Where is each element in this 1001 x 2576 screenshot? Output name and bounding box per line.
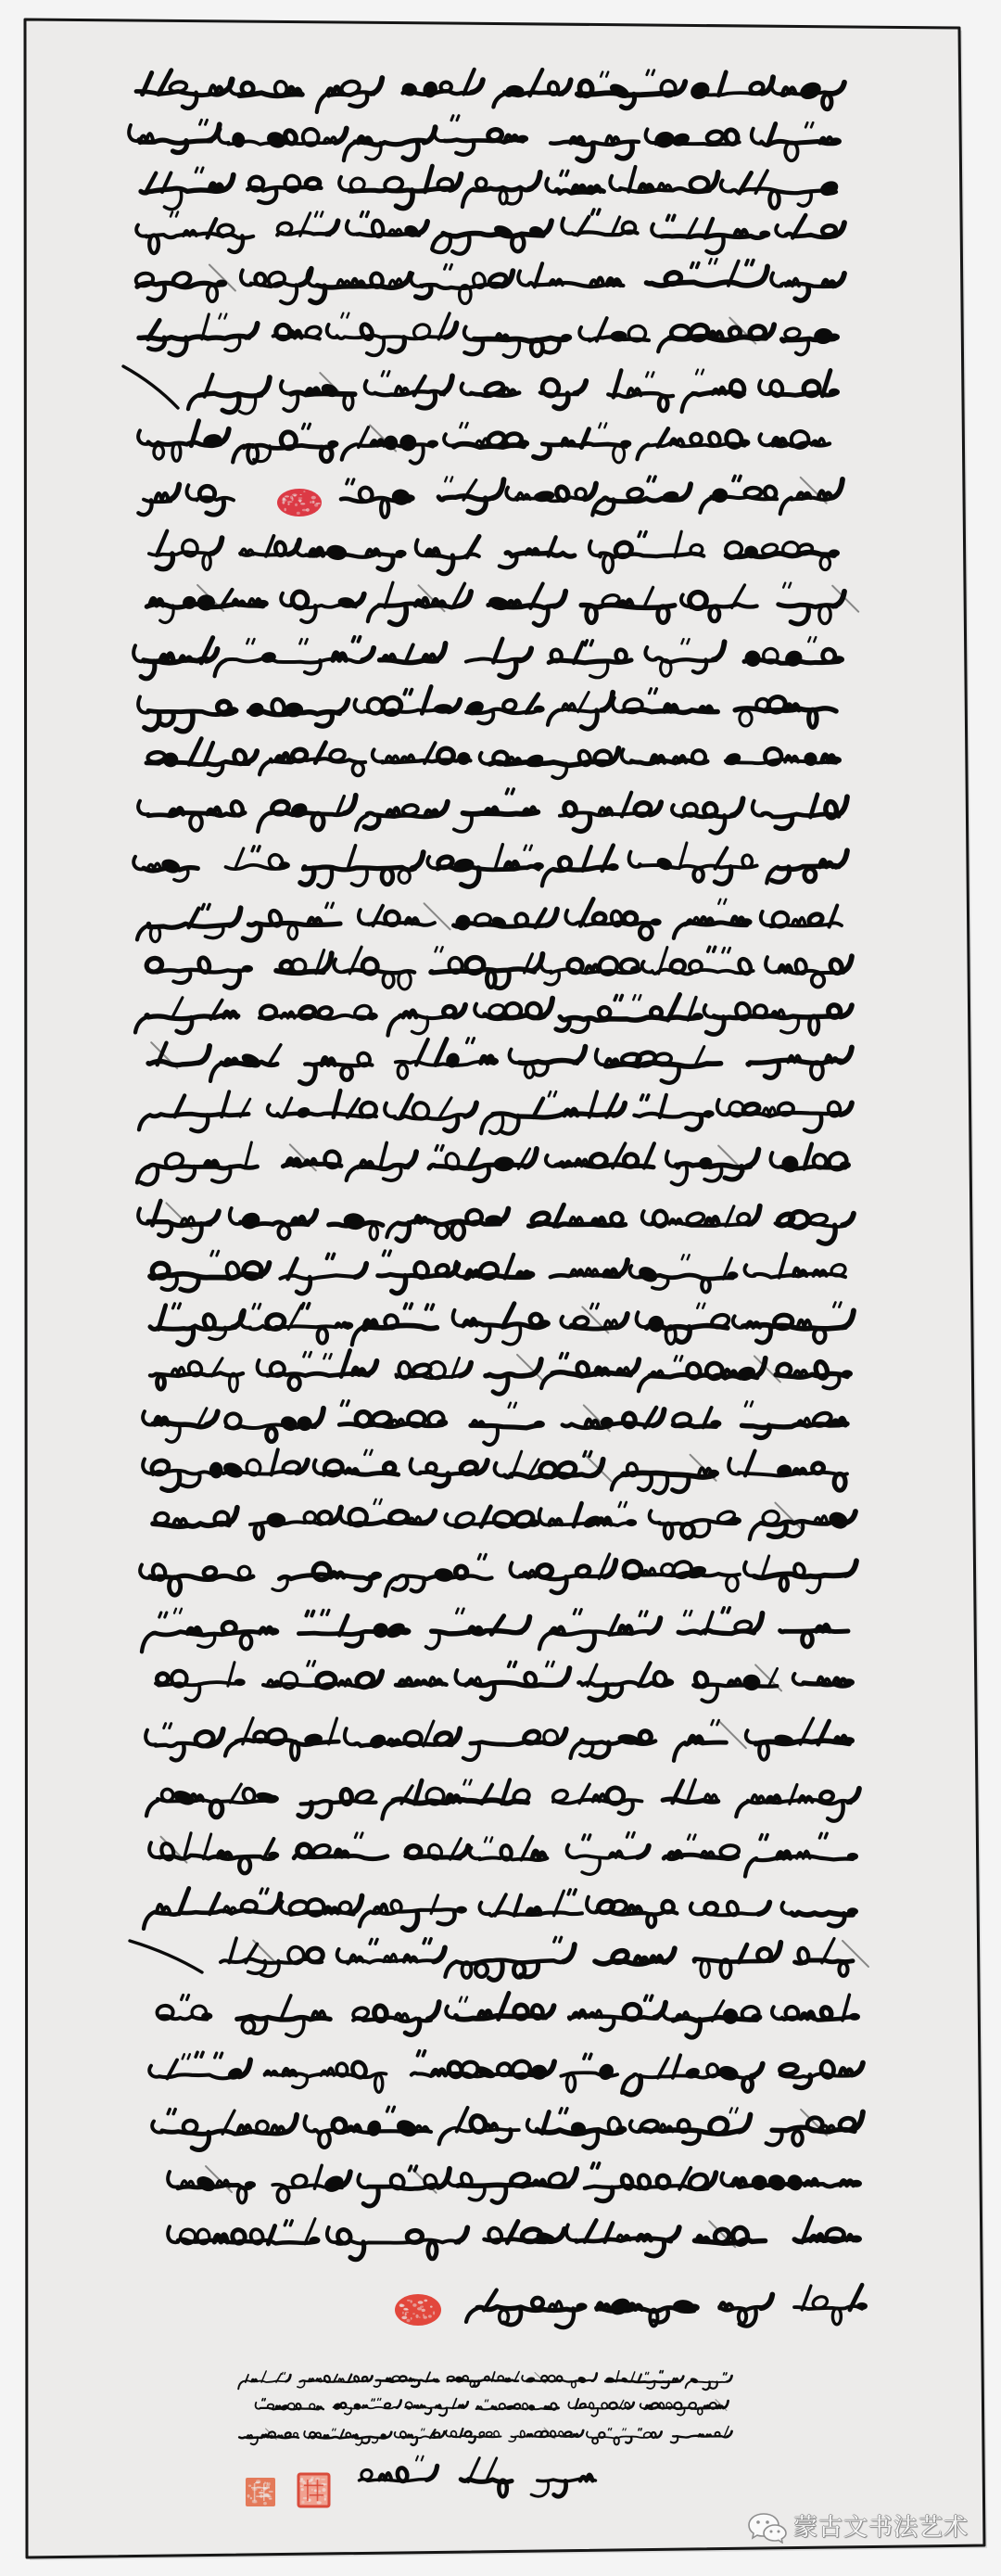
- ink-stroke: [714, 947, 716, 951]
- ink-stroke: [726, 2373, 727, 2375]
- ink-stroke: [811, 122, 813, 127]
- ink-stroke: [467, 1039, 469, 1043]
- ink-stroke: [471, 1425, 539, 1428]
- ink-stroke: [691, 263, 693, 268]
- ink-stroke: [387, 1740, 400, 1744]
- ink-stroke: [724, 1370, 737, 1376]
- ink-stroke: [615, 996, 616, 1001]
- ink-stroke: [401, 755, 414, 761]
- ink-stroke: [374, 2399, 375, 2401]
- ink-blob: [456, 1906, 467, 1914]
- seal-speck: [306, 508, 310, 512]
- ink-stroke: [668, 1852, 681, 1857]
- ink-blob: [555, 2406, 560, 2409]
- ink-stroke: [773, 439, 786, 445]
- ink-blob: [759, 231, 770, 238]
- ink-blob: [829, 389, 840, 396]
- ink-stroke: [160, 654, 173, 661]
- ink-stroke: [509, 1662, 511, 1666]
- seal-speck: [248, 2485, 251, 2487]
- ink-blob: [833, 656, 844, 663]
- ink-stroke: [751, 1402, 753, 1407]
- ink-stroke: [793, 1469, 806, 1474]
- ink-stroke: [589, 1835, 590, 1840]
- ink-stroke: [547, 1662, 549, 1666]
- ink-stroke: [361, 212, 362, 217]
- calligraphy-scroll-photo: [0, 0, 1001, 2576]
- ink-blob: [849, 2013, 860, 2021]
- ink-stroke: [159, 1613, 161, 1617]
- seal-speck: [259, 2492, 263, 2493]
- ink-stroke: [573, 2010, 586, 2018]
- seal-speck: [287, 503, 289, 505]
- ink-stroke: [429, 1939, 431, 1944]
- seal-speck: [297, 512, 300, 515]
- ink-stroke: [647, 70, 649, 75]
- ink-stroke: [597, 1304, 599, 1308]
- ink-stroke: [288, 331, 301, 338]
- ink-stroke: [364, 1450, 366, 1455]
- ink-stroke: [586, 1420, 599, 1426]
- ink-stroke: [388, 1251, 390, 1256]
- ink-stroke: [533, 1851, 546, 1858]
- ink-blob: [279, 861, 290, 869]
- ink-stroke: [508, 601, 521, 606]
- ink-stroke: [353, 637, 355, 642]
- ink-stroke: [641, 1095, 643, 1100]
- ink-stroke: [215, 2053, 217, 2058]
- ink-stroke: [639, 532, 640, 537]
- seal-speck: [301, 2488, 304, 2491]
- ink-stroke: [408, 2434, 413, 2437]
- ink-stroke: [326, 903, 328, 908]
- ink-stroke: [424, 2051, 425, 2056]
- ink-stroke: [817, 1626, 830, 1632]
- ink-stroke: [584, 2054, 586, 2059]
- ink-stroke: [706, 2434, 712, 2437]
- ink-stroke: [225, 1059, 238, 1064]
- ink-blob: [751, 2013, 762, 2021]
- ink-stroke: [304, 867, 415, 870]
- ink-stroke: [414, 1680, 427, 1685]
- seal-speck: [292, 493, 297, 495]
- ink-stroke: [648, 2372, 649, 2374]
- ink-stroke: [180, 656, 193, 661]
- ink-stroke: [554, 1937, 556, 1942]
- ink-stroke: [811, 2235, 824, 2241]
- ink-stroke: [355, 1833, 357, 1838]
- ink-stroke: [196, 2052, 197, 2057]
- ink-stroke: [527, 2434, 533, 2436]
- ink-stroke: [404, 1955, 417, 1961]
- ink-stroke: [703, 2405, 709, 2408]
- ink-stroke: [625, 1502, 627, 1507]
- ink-stroke: [778, 1852, 791, 1858]
- ink-stroke: [651, 1371, 664, 1376]
- ink-stroke: [639, 2429, 640, 2430]
- ink-stroke: [592, 210, 594, 214]
- ink-stroke: [708, 947, 710, 951]
- ink-stroke: [760, 1835, 762, 1840]
- ink-stroke: [217, 1251, 219, 1256]
- ink-stroke: [638, 2235, 651, 2239]
- ink-stroke: [370, 1939, 372, 1944]
- ink-stroke: [221, 2053, 222, 2058]
- ink-stroke: [645, 1612, 647, 1616]
- ink-stroke: [410, 2378, 415, 2381]
- seal-speck: [295, 504, 298, 506]
- ink-stroke: [712, 1720, 714, 1725]
- ink-stroke: [700, 707, 713, 712]
- ink-stroke: [466, 1270, 479, 1277]
- ink-stroke: [801, 2012, 814, 2019]
- seal-speck: [422, 2309, 425, 2312]
- ink-blob: [856, 2302, 868, 2310]
- ink-stroke: [386, 2378, 392, 2380]
- seal-speck: [430, 2306, 433, 2308]
- ink-stroke: [688, 1835, 690, 1840]
- ink-stroke: [561, 171, 563, 175]
- ink-stroke: [566, 171, 568, 175]
- ink-stroke: [247, 2435, 252, 2437]
- seal-speck: [247, 2494, 250, 2498]
- ink-stroke: [404, 690, 406, 695]
- ink-stroke: [351, 279, 364, 286]
- ink-stroke: [327, 1610, 329, 1614]
- ink-stroke: [311, 1612, 313, 1616]
- ink-stroke: [410, 690, 412, 695]
- ink-stroke: [782, 87, 795, 94]
- ink-stroke: [715, 259, 716, 263]
- ink-stroke: [378, 2398, 379, 2400]
- ink-stroke: [317, 2406, 323, 2409]
- seal-speck: [300, 503, 305, 504]
- ink-stroke: [571, 137, 584, 143]
- ink-stroke: [592, 2163, 594, 2168]
- ink-stroke: [253, 1304, 255, 1308]
- ink-stroke: [798, 1320, 811, 1328]
- ink-stroke: [648, 477, 650, 481]
- ink-blob: [427, 440, 438, 448]
- ink-stroke: [150, 598, 163, 605]
- ink-stroke: [833, 1303, 835, 1307]
- ink-stroke: [505, 2378, 511, 2381]
- ink-stroke: [375, 1939, 377, 1944]
- ink-stroke: [199, 393, 261, 396]
- ink-stroke: [673, 215, 675, 220]
- seal-speck: [324, 2498, 326, 2501]
- ink-stroke: [303, 424, 305, 428]
- ink-stroke: [485, 2123, 498, 2129]
- ink-stroke: [424, 2429, 424, 2430]
- ink-stroke: [380, 2398, 381, 2400]
- ink-stroke: [525, 846, 526, 850]
- ink-stroke: [372, 2399, 373, 2401]
- ink-stroke: [283, 2069, 296, 2075]
- ink-stroke: [364, 1320, 377, 1328]
- seal-speck: [411, 2317, 412, 2320]
- ink-blob: [663, 1678, 674, 1686]
- ink-stroke: [485, 2400, 486, 2402]
- ink-stroke: [352, 479, 354, 484]
- seal-speck: [314, 504, 318, 507]
- ink-stroke: [705, 1218, 718, 1225]
- ink-stroke: [488, 2400, 488, 2402]
- ink-stroke: [644, 532, 646, 537]
- ink-stroke: [469, 1627, 482, 1633]
- ink-stroke: [646, 2372, 647, 2374]
- ink-stroke: [383, 1251, 385, 1256]
- ink-stroke: [441, 1145, 443, 1150]
- ink-blob: [630, 966, 641, 974]
- ink-stroke: [566, 1354, 568, 1358]
- ink-blob: [367, 1013, 378, 1020]
- seal-speck: [411, 2300, 412, 2302]
- ink-stroke: [675, 1356, 677, 1360]
- ink-stroke: [259, 1304, 260, 1308]
- ink-blob: [620, 440, 631, 448]
- ink-stroke: [560, 2109, 562, 2113]
- ink-stroke: [418, 2051, 420, 2056]
- ink-stroke: [650, 1956, 663, 1962]
- ink-stroke: [238, 2125, 251, 2132]
- ink-stroke: [403, 1011, 416, 1017]
- ink-stroke: [148, 970, 247, 973]
- ink-stroke: [701, 917, 714, 924]
- seal-speck: [308, 2499, 310, 2502]
- ink-stroke: [387, 2107, 389, 2111]
- ink-stroke: [173, 2110, 175, 2114]
- ink-blob: [608, 863, 619, 871]
- ink-stroke: [436, 1145, 437, 1150]
- ink-stroke: [745, 1402, 747, 1407]
- ink-stroke: [585, 641, 587, 645]
- ink-stroke: [308, 1661, 310, 1665]
- ink-stroke: [561, 1354, 563, 1358]
- ink-stroke: [282, 2372, 283, 2374]
- ink-stroke: [457, 116, 459, 121]
- ink-stroke: [551, 1627, 564, 1633]
- ink-stroke: [814, 1270, 827, 1276]
- ink-stroke: [393, 2107, 395, 2111]
- ink-blob: [703, 1110, 715, 1117]
- ink-stroke: [747, 1322, 760, 1328]
- ink-blob: [651, 918, 662, 925]
- seal-speck: [416, 2315, 419, 2318]
- ink-stroke: [693, 1835, 695, 1840]
- ink-stroke: [276, 754, 289, 761]
- ink-stroke: [321, 212, 323, 217]
- ink-stroke: [333, 653, 346, 660]
- ink-stroke: [598, 1518, 611, 1524]
- ink-stroke: [606, 136, 619, 143]
- ink-stroke: [702, 1852, 715, 1857]
- ink-stroke: [478, 2010, 491, 2017]
- ink-stroke: [805, 122, 807, 127]
- seal-speck: [285, 508, 286, 511]
- seal-speck: [312, 501, 315, 504]
- ink-stroke: [214, 2235, 227, 2242]
- ink-stroke: [640, 1612, 641, 1616]
- ink-stroke: [825, 1833, 827, 1838]
- ink-blob: [400, 1627, 412, 1635]
- ink-stroke: [261, 2435, 267, 2438]
- ink-stroke: [264, 2399, 265, 2401]
- ink-stroke: [506, 789, 508, 794]
- seal-speck: [423, 2314, 424, 2316]
- ink-stroke: [478, 1554, 480, 1559]
- ink-stroke: [728, 1608, 729, 1613]
- ink-stroke: [426, 549, 439, 555]
- ink-stroke: [463, 1319, 476, 1325]
- ink-stroke: [206, 120, 208, 124]
- ink-stroke: [211, 1251, 213, 1256]
- ink-stroke: [205, 1161, 218, 1167]
- seal-speck: [269, 2498, 272, 2500]
- ink-stroke: [733, 2178, 746, 2185]
- ink-stroke: [277, 2435, 283, 2437]
- ink-stroke: [680, 1356, 682, 1360]
- ink-stroke: [697, 263, 699, 268]
- ink-stroke: [629, 2304, 642, 2310]
- ink-stroke: [310, 548, 323, 555]
- ink-stroke: [258, 847, 260, 851]
- ink-stroke: [589, 2054, 591, 2059]
- ink-stroke: [568, 1890, 570, 1894]
- seal-speck: [311, 2489, 313, 2491]
- seal-speck: [311, 496, 316, 500]
- ink-stroke: [366, 212, 368, 217]
- ink-stroke: [729, 1679, 741, 1686]
- ink-stroke: [275, 2405, 281, 2408]
- ink-stroke: [223, 1012, 236, 1017]
- ink-stroke: [308, 1304, 310, 1308]
- seal-speck: [412, 2303, 416, 2307]
- ink-stroke: [628, 1906, 641, 1912]
- ink-stroke: [150, 1114, 248, 1116]
- ink-stroke: [208, 904, 209, 909]
- ink-stroke: [632, 1832, 634, 1837]
- ink-stroke: [362, 2405, 368, 2408]
- ink-stroke: [202, 904, 204, 909]
- seal-speck: [405, 2312, 409, 2314]
- ink-stroke: [779, 965, 792, 972]
- ink-stroke: [586, 965, 599, 972]
- ink-stroke: [598, 2163, 600, 2168]
- seal-speck: [266, 2482, 268, 2485]
- ink-stroke: [201, 2052, 203, 2057]
- seal-speck: [269, 2491, 273, 2493]
- ink-blob: [437, 1419, 448, 1426]
- ink-stroke: [626, 2429, 627, 2430]
- ink-stroke: [651, 1996, 653, 2000]
- ink-blob: [242, 965, 253, 973]
- ink-stroke: [717, 1720, 719, 1725]
- ink-stroke: [580, 2475, 592, 2481]
- seal-speck: [324, 2494, 327, 2497]
- ink-stroke: [323, 2435, 329, 2438]
- ink-stroke: [395, 2013, 408, 2019]
- ink-stroke: [165, 1613, 167, 1617]
- seal-speck: [418, 2301, 424, 2303]
- ink-stroke: [485, 808, 498, 813]
- ink-stroke: [512, 789, 513, 794]
- ink-blob: [268, 1795, 279, 1803]
- ink-stroke: [387, 371, 389, 376]
- ink-blob: [616, 2126, 627, 2134]
- ink-stroke: [527, 1908, 540, 1914]
- seal-speck: [417, 2307, 422, 2310]
- ink-stroke: [324, 1354, 326, 1358]
- ink-stroke: [300, 639, 302, 644]
- ink-stroke: [663, 2371, 664, 2373]
- ink-blob: [577, 2302, 588, 2310]
- ink-stroke: [366, 549, 379, 555]
- seal-speck: [292, 497, 294, 501]
- seal-speck: [311, 2477, 314, 2480]
- ink-stroke: [710, 332, 723, 338]
- ink-blob: [710, 1420, 721, 1427]
- ink-stroke: [524, 807, 537, 813]
- seal-speck: [298, 499, 302, 502]
- ink-stroke: [699, 2434, 704, 2437]
- ink-stroke: [346, 1468, 359, 1473]
- ink-stroke: [620, 996, 622, 1001]
- ink-stroke: [420, 2404, 425, 2407]
- seal-speck: [399, 2304, 404, 2307]
- ink-blob: [692, 1013, 703, 1020]
- ink-blob: [534, 706, 545, 713]
- seal-speck: [317, 2501, 322, 2504]
- ink-stroke: [514, 1662, 516, 1666]
- seal-speck: [402, 2312, 404, 2315]
- ink-stroke: [491, 2406, 497, 2409]
- ink-stroke: [461, 423, 462, 427]
- ink-stroke: [574, 1890, 576, 1894]
- ink-stroke: [690, 1611, 691, 1615]
- seal-speck: [255, 2482, 260, 2484]
- ink-stroke: [327, 1254, 329, 1258]
- ink-stroke: [640, 2429, 641, 2430]
- ink-blob: [268, 1627, 279, 1635]
- ink-stroke: [466, 423, 468, 427]
- ink-stroke: [592, 1218, 605, 1224]
- ink-stroke: [647, 1095, 649, 1100]
- ink-blob: [561, 334, 572, 341]
- ink-stroke: [290, 2221, 292, 2225]
- ink-blob: [689, 2304, 700, 2312]
- ink-stroke: [526, 549, 539, 555]
- ink-stroke: [443, 234, 543, 236]
- ink-stroke: [724, 2373, 725, 2375]
- ink-stroke: [359, 137, 372, 143]
- ink-stroke: [752, 261, 754, 265]
- ink-stroke: [733, 476, 735, 480]
- ink-stroke: [635, 1957, 648, 1962]
- ink-blob: [517, 135, 528, 143]
- ink-stroke: [588, 186, 601, 192]
- ink-stroke: [322, 1610, 323, 1614]
- ink-stroke: [266, 1889, 268, 1894]
- seal-speck: [405, 2313, 407, 2315]
- ink-blob: [843, 1678, 855, 1686]
- ink-stroke: [565, 2109, 567, 2113]
- ink-stroke: [312, 2011, 325, 2018]
- ink-stroke: [426, 1305, 428, 1309]
- ink-stroke: [333, 1254, 335, 1258]
- seal-speck: [318, 2490, 321, 2493]
- ink-blob: [843, 1737, 855, 1744]
